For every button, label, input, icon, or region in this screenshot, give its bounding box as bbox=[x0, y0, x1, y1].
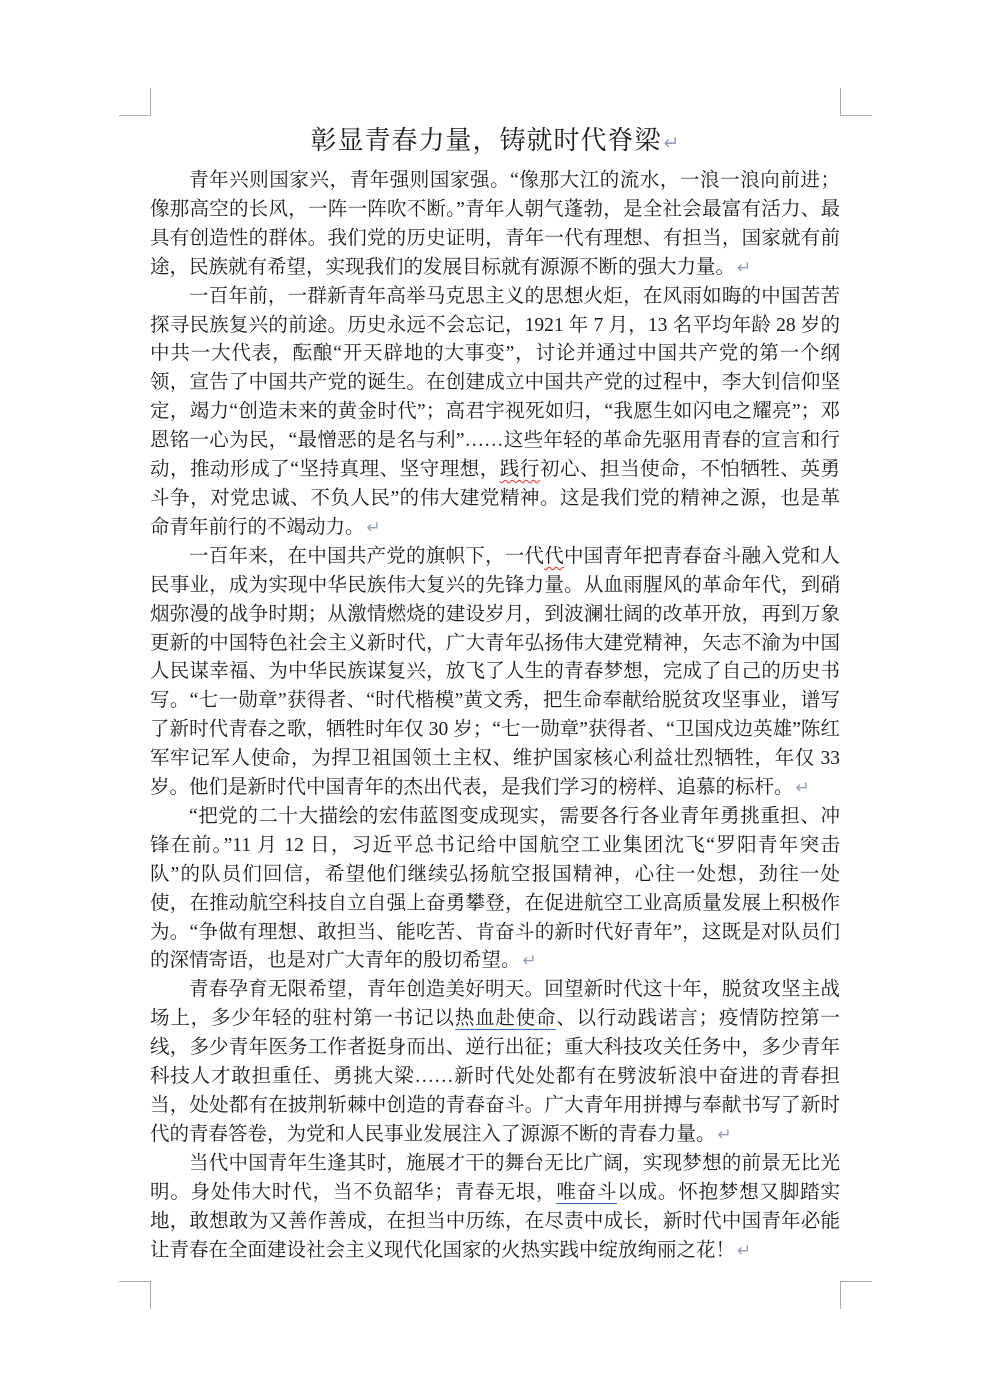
paragraph: “把党的二十大描绘的宏伟蓝图变成现实，需要各行各业青年勇挑重担、冲锋在前。”11… bbox=[150, 803, 840, 976]
paragraph: 一百年来，在中国共产党的旗帜下，一代代中国青年把青春奋斗融入党和人民事业，成为实… bbox=[150, 543, 840, 803]
margin-crop-mark-top-left bbox=[119, 88, 151, 116]
paragraph-mark-icon: ↵ bbox=[365, 518, 381, 538]
paragraph: 一百年前，一群新青年高举马克思主义的思想火炬，在风雨如晦的中国苦苦探寻民族复兴的… bbox=[150, 283, 840, 543]
title-line: 彰显青春力量，铸就时代脊梁↵ bbox=[150, 120, 840, 157]
paragraph-mark-icon: ↵ bbox=[662, 132, 680, 154]
paragraph: 当代中国青年生逢其时，施展才干的舞台无比广阔，实现梦想的前景无比光明。身处伟大时… bbox=[150, 1150, 840, 1266]
spell-error-text: 代 bbox=[544, 546, 564, 567]
margin-crop-mark-top-right bbox=[840, 88, 872, 116]
paragraph-mark-icon: ↵ bbox=[735, 1241, 751, 1261]
spell-error-text: 践行 bbox=[500, 459, 540, 480]
paragraph-mark-icon: ↵ bbox=[735, 258, 751, 278]
linked-text[interactable]: 唯奋斗 bbox=[556, 1182, 617, 1204]
body-text: 一百年来，在中国共产党的旗帜下，一代 bbox=[189, 546, 544, 567]
paragraphs: 青年兴则国家兴，青年强则国家强。“像那大江的流水，一浪一浪向前进；像那高空的长风… bbox=[150, 167, 840, 1265]
paragraph-mark-icon: ↵ bbox=[521, 951, 537, 971]
document-title: 彰显青春力量，铸就时代脊梁 bbox=[311, 126, 662, 155]
document-page: 彰显青春力量，铸就时代脊梁↵ 青年兴则国家兴，青年强则国家强。“像那大江的流水，… bbox=[0, 0, 989, 1387]
body-text: 一百年前，一群新青年高举马克思主义的思想火炬，在风雨如晦的中国苦苦探寻民族复兴的… bbox=[150, 286, 840, 480]
paragraph-mark-icon: ↵ bbox=[794, 778, 810, 798]
margin-crop-mark-bottom-left bbox=[119, 1281, 151, 1309]
linked-text[interactable]: 热血赴使命 bbox=[455, 1008, 557, 1030]
document-body: 彰显青春力量，铸就时代脊梁↵ 青年兴则国家兴，青年强则国家强。“像那大江的流水，… bbox=[150, 120, 840, 1265]
margin-crop-mark-bottom-right bbox=[840, 1281, 872, 1309]
paragraph-mark-icon: ↵ bbox=[716, 1125, 732, 1145]
paragraph: 青年兴则国家兴，青年强则国家强。“像那大江的流水，一浪一浪向前进；像那高空的长风… bbox=[150, 167, 840, 283]
paragraph: 青春孕育无限希望，青年创造美好明天。回望新时代这十年，脱贫攻坚主战场上，多少年轻… bbox=[150, 976, 840, 1149]
body-text: “把党的二十大描绘的宏伟蓝图变成现实，需要各行各业青年勇挑重担、冲锋在前。”11… bbox=[150, 806, 840, 972]
body-text: 中国青年把青春奋斗融入党和人民事业，成为实现中华民族伟大复兴的先锋力量。从血雨腥… bbox=[150, 546, 840, 798]
